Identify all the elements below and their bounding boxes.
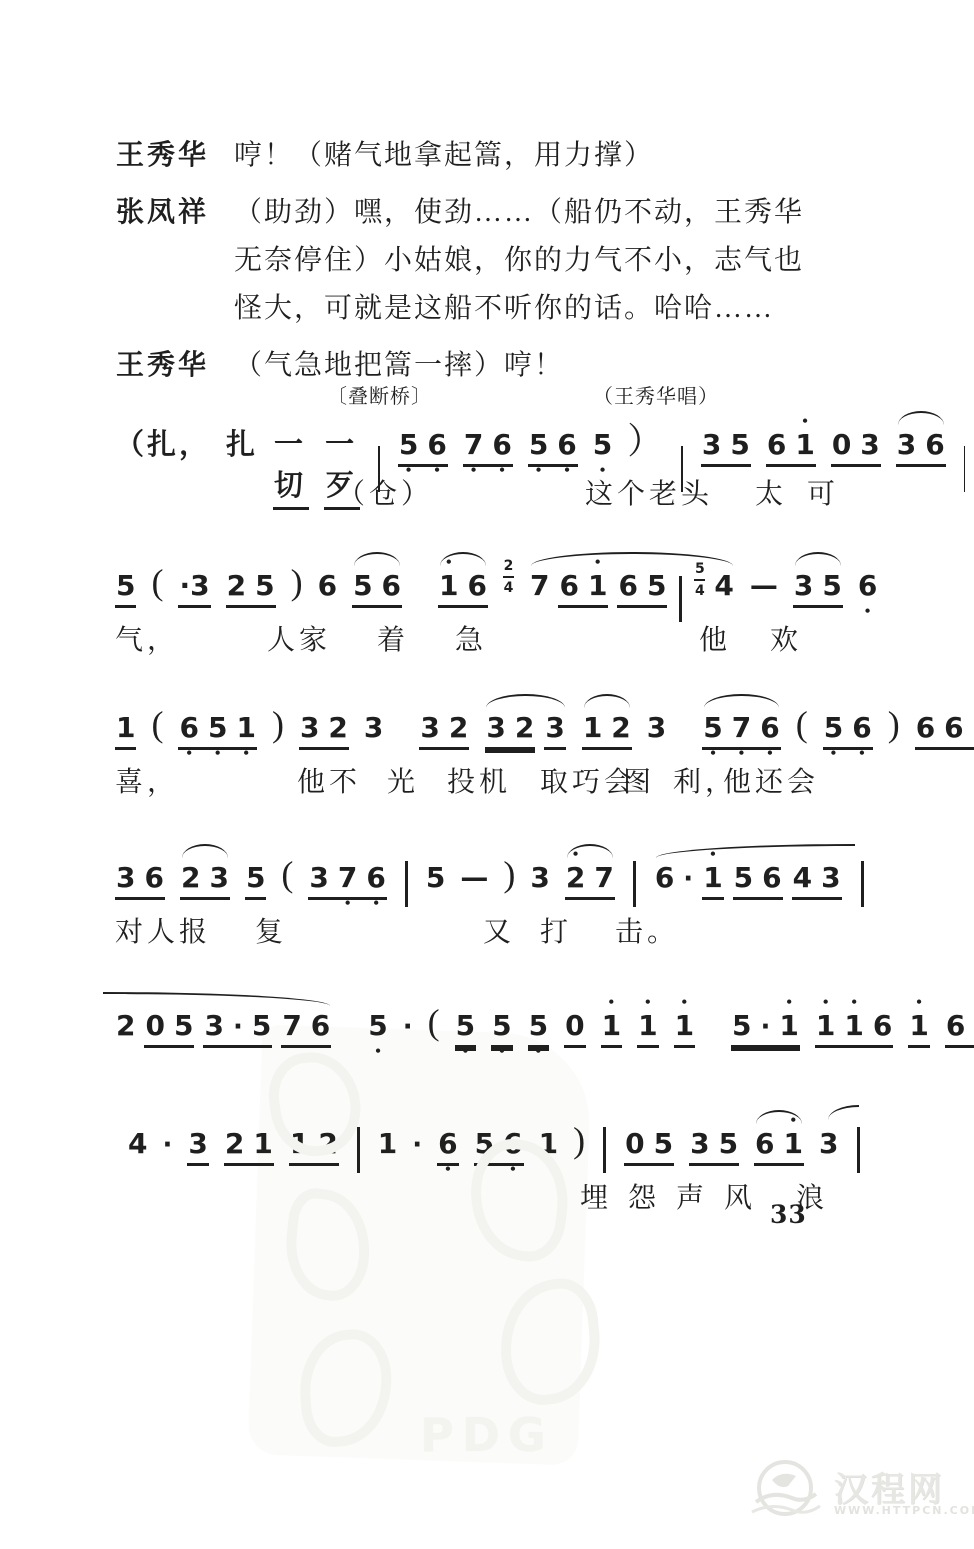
note-digit: 3 [420,711,439,744]
note-token: 1 [290,1127,309,1160]
note-digit: · [403,1012,413,1042]
note-group: 665 [915,711,974,750]
note-digit: 5 [426,861,445,894]
note-token: 3 [300,711,319,744]
note-digit: 2 [611,711,630,744]
note-digit: 1 [816,1009,835,1042]
note-digit: 1 [588,569,607,602]
note-group: 2053·576 [115,1009,332,1048]
note-digit: （扎， [115,429,211,461]
dialog-text: （助劲）嘿，使劲……（船仍不动，王秀华无奈停住）小姑娘，你的力气不小，志气也怪大… [234,189,816,333]
note-token: 3 [897,428,916,461]
note-token: 1 [116,711,135,744]
note-token: 2 [116,1009,135,1042]
lyric-syllable: 埋 [580,1176,612,1216]
note-token: 5 [426,861,445,894]
note-token: 3 [420,711,439,744]
note-token: 7 [282,1009,301,1042]
note-token: 5 [734,861,753,894]
note-token: 6• [366,861,385,894]
note-token: 7• [732,711,751,744]
note-token: 3 [530,861,549,894]
note-digit: 5 [255,569,274,602]
note-digit: 6 [366,861,385,894]
note-group: 3 [544,711,565,750]
note-token: 1• [638,1009,657,1042]
note-digit: 3 [690,1127,709,1160]
note-digit: 3 [204,1009,223,1042]
time-signature-numerator: 5 [695,561,705,577]
note-group: 56 [733,861,783,900]
speaker-name: 张凤祥 [116,189,234,333]
note-digit: 0 [565,1009,584,1042]
note-token: 5 [353,569,372,602]
note-token: 4 [714,569,733,602]
note-group: 1•1•6 [815,1009,893,1048]
note-token: ·3 [179,569,209,602]
time-signature-denominator: 4 [695,583,705,599]
note-token: 4 [793,861,812,894]
note-digit: 6 [762,861,781,894]
note-digit: 5 [730,428,749,461]
lyric-syllable: 欢 [770,618,802,658]
lyric-syllable: 怨 [628,1176,660,1216]
note-digit: 2 [515,711,534,744]
note-digit: 5 [399,428,418,461]
note-digit: 7 [464,428,483,461]
note-digit: 3 [860,428,879,461]
note-token: ( [281,853,293,895]
dialog-block: 王秀华 哼！（赌气地拿起篙，用力撑） 张凤祥 （助劲）嘿，使劲……（船仍不动，王… [116,132,816,399]
note-token: 7• [464,428,483,461]
note-digit: 2 [318,1127,337,1160]
lyric-syllable: 太 [755,472,787,512]
note-token: 3 [821,861,840,894]
note-digit: 6 [559,569,578,602]
lyric-syllable: 声 [676,1176,708,1216]
note-token: 5• [824,711,843,744]
barline [603,1127,606,1173]
time-signature: 54 [694,561,705,599]
note-token: 1 [253,1127,272,1160]
note-digit: 5 [719,1127,738,1160]
note-digit: 6 [852,711,871,744]
note-group: 35 [701,428,751,467]
singer-label: （王秀华唱） [593,380,719,409]
octave-dot-above: • [710,847,716,863]
note-group: 37•6• [308,861,386,900]
note-digit: 1 [439,569,458,602]
octave-dot-above: • [916,995,922,1011]
time-signature-divider [694,579,705,581]
speaker-name: 王秀华 [116,132,234,180]
barline [405,861,408,907]
note-token: 2 [328,711,347,744]
note-digit: 5 [492,1009,511,1042]
time-signature-denominator: 4 [504,580,514,596]
score-line-5: 2053·5765•·(5•5•5•01•1•1•5·1•1•1•61•65 [115,1002,894,1048]
note-digit: ( [151,562,163,602]
note-digit: 6 [427,428,446,461]
note-group: 21 [224,1127,274,1166]
note-token: 6 [144,861,163,894]
note-group: 35 [793,569,843,608]
note-digit: 6 [767,428,786,461]
seal-glyph [494,1275,606,1409]
note-token: 1• [675,1009,694,1042]
scanned-score-page: 王秀华 哼！（赌气地拿起篙，用力撑） 张凤祥 （助劲）嘿，使劲……（船仍不动，王… [0,0,974,1549]
note-digit: 3 [819,1127,838,1160]
lyric-syllable: 气， [115,618,179,658]
note-digit: 2 [116,1009,135,1042]
score-line-3: 1(6•5•1•)323323231235•7•6•(5•6•)665 喜，他不… [115,704,894,750]
note-token: 5 [246,861,265,894]
note-token: 6 [916,711,935,744]
note-digit: 5 [456,1009,475,1042]
octave-dot-above: • [823,995,829,1011]
note-digit: 5 [647,569,666,602]
octave-dot-above: • [573,847,579,863]
note-digit: 3 [188,1127,207,1160]
note-token: · [683,864,693,894]
note-digit: 6 [557,428,576,461]
note-digit: 5 [822,569,841,602]
note-token: 6• [492,428,511,461]
octave-dot-above: • [790,1113,796,1129]
octave-dot-above: • [645,995,651,1011]
note-digit: 6 [873,1009,892,1042]
note-digit: · [683,864,693,894]
note-token: 4 [128,1127,147,1160]
note-token: （扎， [115,422,211,463]
note-token: 3 [545,711,564,744]
note-token: 2 [181,861,200,894]
notes-row: 5(·325)6561•624761•65544—356• [115,562,894,615]
note-digit: 1 [253,1127,272,1160]
note-token: 1• [588,569,607,602]
note-token: 3 [116,861,135,894]
note-digit: 6 [144,861,163,894]
note-digit: 3 [647,711,666,744]
lyrics-row: （仓）这个老头太可 [115,472,894,514]
note-token: 2 [449,711,468,744]
note-token: 2 [318,1127,337,1160]
note-token: 6• [852,711,871,744]
note-group: 5•6• [398,428,448,467]
dialog-text: （气急地把篙一摔）哼！ [234,342,816,390]
note-token: 2 [225,1127,244,1160]
note-digit: 2 [227,569,246,602]
note-group: 323 [484,711,566,750]
note-group: 36 [115,861,165,900]
note-digit: 5 [252,1009,271,1042]
note-token: ) [888,703,900,745]
note-digit: 7 [338,861,357,894]
lyrics-row: 气，人家着急他欢 [115,618,894,660]
note-token: 1• [909,1009,928,1042]
note-token: 6 [946,1009,965,1042]
note-digit: 1 [236,711,255,744]
note-digit: ( [281,854,293,894]
note-digit: 1 [583,711,602,744]
octave-dot-above: • [681,995,687,1011]
note-group: 0 [564,1009,585,1048]
note-token: 3 [204,1009,223,1042]
notes-row: 36235(37•6•5—)32•76·1•5643 [115,854,894,900]
note-token: 3 [209,861,228,894]
octave-dot-above: • [851,995,857,1011]
lyric-syllable: 又 [483,910,515,950]
note-digit: ( [428,1002,440,1042]
barline [679,576,682,622]
note-token: 5 [732,1009,751,1042]
note-token: ( [796,703,808,745]
note-digit: 3 [116,861,135,894]
lyric-syllable: 他 [699,618,731,658]
note-group: 5·1• [731,1009,800,1048]
note-token: ) [272,703,284,745]
note-token: 3 [860,428,879,461]
note-digit: ) [272,704,284,744]
lyrics-row: 对人报复又打击。 [115,910,894,952]
note-digit: 1 [675,1009,694,1042]
page-number: 33 [770,1200,807,1229]
note-group: 7•6• [463,428,513,467]
note-group: ·3 [178,569,210,608]
note-digit: ( [796,704,808,744]
note-digit: 3 [300,711,319,744]
note-group: 5 [115,569,136,608]
note-group: 5 [245,861,266,900]
note-digit: — [750,569,778,602]
site-watermark: 汉程网 WWW.HTTPCN.COM [742,1458,962,1528]
note-token: 3 [309,861,328,894]
lyric-syllable: 喜， [115,760,179,800]
lyric-syllable: 可 [807,472,839,512]
note-group: 761•65544 [529,569,735,615]
note-token: 5 [116,569,135,602]
note-digit: 3 [364,711,383,744]
lyrics-row [115,1058,894,1100]
note-digit: 1 [602,1009,621,1042]
note-token: 5 [730,428,749,461]
note-token: 扎 [226,422,258,463]
note-group: 03 [831,428,881,467]
note-digit: 5 [475,1127,494,1160]
note-digit: 5 [368,1009,387,1042]
note-token: ) [503,853,515,895]
note-token: · [761,1012,771,1042]
notes-row: 4·321121·6•56•1)053561•3 [128,1120,894,1166]
note-token: 1• [703,861,722,894]
note-digit: ） [627,421,663,461]
note-token: 1• [795,428,814,461]
note-group: 61• [766,428,816,467]
note-group: 61• [558,569,608,608]
note-token: 6• [427,428,446,461]
dialog-text: 哼！（赌气地拿起篙，用力撑） [234,132,816,180]
note-token: 5• [492,1009,511,1042]
note-digit: ) [503,854,515,894]
note-digit: 6 [618,569,637,602]
note-token: 0 [145,1009,164,1042]
note-digit: 2 [181,861,200,894]
note-token: 6 [755,1127,774,1160]
note-token: — [750,569,778,602]
note-digit: 1 [779,1009,798,1042]
note-digit: 2 [328,711,347,744]
note-group: 1• [908,1009,929,1048]
tune-name-label: 〔叠断桥〕 [327,380,432,409]
note-digit: 7 [732,711,751,744]
note-digit: 1 [116,711,135,744]
note-token: · [162,1130,172,1160]
note-digit: 5 [734,861,753,894]
note-token: 6 [762,861,781,894]
note-digit: 2 [225,1127,244,1160]
lyric-syllable: 着 [377,618,409,658]
note-digit: 1 [638,1009,657,1042]
note-digit: 0 [625,1127,644,1160]
lyric-syllable: 图 [623,760,655,800]
site-logo-icon [742,1458,828,1524]
note-token: 6 [382,569,401,602]
lyric-syllable: 这个老头 [585,472,713,512]
notes-row: 2053·5765•·(5•5•5•01•1•1•5·1•1•1•61•65 [115,1002,894,1048]
note-group: 6·1•5643 [654,861,843,900]
site-url: WWW.HTTPCN.COM [834,1504,974,1517]
note-token: 3 [486,711,505,744]
note-token: · [403,1012,413,1042]
lyric-syllable: 光 [387,760,419,800]
note-group: 32 [299,711,349,750]
note-token: 5 [822,569,841,602]
note-group: 32 [485,711,535,750]
note-digit: 扎 [226,429,258,461]
note-token: 1• [236,711,255,744]
octave-dot-above: • [446,555,452,571]
note-group: 65 [945,1009,974,1048]
barline [633,861,636,907]
lyric-syllable: （仓） [337,472,433,512]
note-digit: 1 [784,1127,803,1160]
note-token: · [412,1130,422,1160]
note-token: 2 [515,711,534,744]
note-digit: 1 [844,1009,863,1042]
note-token: 3 [188,1127,207,1160]
note-digit: 5 [529,428,548,461]
octave-dot-above: • [786,995,792,1011]
note-group: 12 [289,1127,339,1166]
note-digit: 5 [732,1009,751,1042]
note-token: 3 [364,711,383,744]
notes-row: 1(6•5•1•)323323231235•7•6•(5•6•)665 [115,704,894,750]
note-token: 5• [368,1009,387,1042]
note-token: 1 [539,1127,558,1160]
note-token: 7 [530,569,549,602]
note-digit: 3 [821,861,840,894]
note-group: 1•6 [438,569,488,608]
note-group: 12 [582,711,632,750]
note-group: 3 [187,1127,208,1166]
note-token: 5• [593,428,612,461]
note-token: 1 [583,711,602,744]
note-group: 5•6• [823,711,873,750]
note-digit: 6 [655,861,674,894]
note-digit: 5 [116,569,135,602]
note-group: 65 [617,569,667,608]
note-token: 5 [647,569,666,602]
note-digit: · [162,1130,172,1160]
note-token: 6 [655,861,674,894]
note-token: 0 [625,1127,644,1160]
note-digit: 5 [703,711,722,744]
note-digit: · [412,1130,422,1160]
score-line-4: 36235(37•6•5—)32•76·1•5643 对人报复又打击。 [115,854,894,900]
note-token: 5 [475,1127,494,1160]
note-group: 5• [491,1009,512,1048]
note-digit: 0 [832,428,851,461]
score-line-6: 4·321121·6•56•1)053561•3 埋怨声风浪 [128,1120,894,1166]
note-digit: 1 [909,1009,928,1042]
note-digit: 6 [468,569,487,602]
seal-glyph [296,1327,396,1449]
note-digit: 1 [703,861,722,894]
note-token: 3 [647,711,666,744]
note-token: 5• [399,428,418,461]
note-token: 0 [832,428,851,461]
note-digit: 6 [755,1127,774,1160]
note-group: 6• [437,1127,458,1166]
note-digit: ) [291,562,303,602]
lyric-syllable: 打 [540,910,572,950]
note-token: — [460,861,488,894]
note-token: 6• [858,569,877,602]
note-group: 25 [226,569,276,608]
note-token: 5• [703,711,722,744]
note-digit: 5 [654,1127,673,1160]
note-token: 6 [468,569,487,602]
note-digit: 6 [318,569,337,602]
note-token: 6 [318,569,337,602]
lyric-syllable: 人家 [267,618,331,658]
note-digit: 6 [916,711,935,744]
note-digit: 5 [593,428,612,461]
note-token: 3 [794,569,813,602]
note-digit: 6 [382,569,401,602]
note-digit: 5 [529,1009,548,1042]
note-digit: 6 [858,569,877,602]
note-token: 5• [529,1009,548,1042]
note-group: 32 [419,711,469,750]
note-token: 6 [559,569,578,602]
lyric-syllable: 投机 [447,760,511,800]
note-digit: 3 [530,861,549,894]
barline [861,861,864,907]
barline [857,1127,860,1173]
note-digit: 3 [209,861,228,894]
speaker-name: 王秀华 [116,342,234,390]
note-token: 1• [439,569,458,602]
note-digit: ( [151,704,163,744]
time-signature: 24 [503,558,514,596]
note-group: 3·5 [203,1009,272,1048]
note-token: 6 [944,711,963,744]
note-token: 1• [784,1127,803,1160]
note-token: 5 [255,569,274,602]
pdg-watermark: PDG [420,1408,554,1462]
note-token: 5 [174,1009,193,1042]
